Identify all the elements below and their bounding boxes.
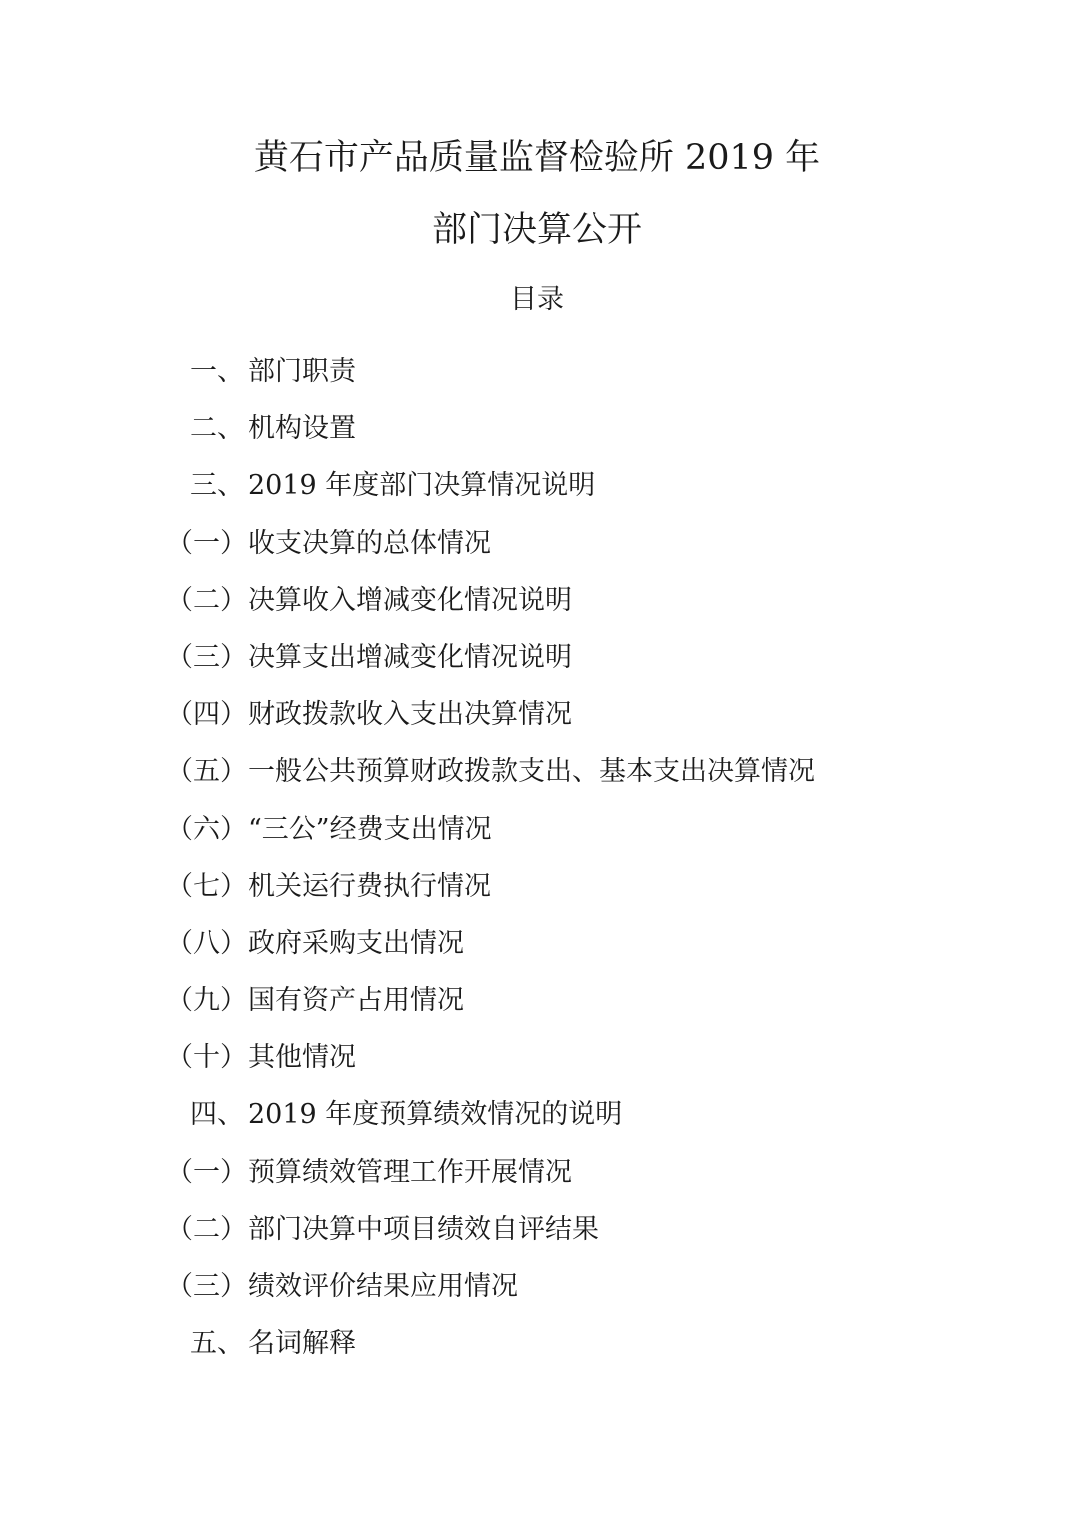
- toc-item-overall-revenue-expenditure: （一） 收支决算的总体情况: [0, 524, 1074, 581]
- toc-item-text: 收支决算的总体情况: [248, 524, 491, 564]
- toc-item-number: （七）: [166, 867, 247, 907]
- toc-item-final-accounts-explanation: 三、 2019 年度部门决算情况说明: [0, 466, 1074, 523]
- toc-item-text: 一般公共预算财政拨款支出、基本支出决算情况: [248, 752, 815, 792]
- toc-item-text: 2019 年度预算绩效情况的说明: [248, 1095, 622, 1135]
- toc-item-number: （五）: [166, 752, 247, 792]
- toc-item-state-assets: （九） 国有资产占用情况: [0, 981, 1074, 1038]
- toc-item-text: 国有资产占用情况: [248, 981, 464, 1021]
- toc-item-text: 其他情况: [248, 1038, 356, 1078]
- toc-item-text: 部门职责: [248, 352, 356, 392]
- toc-item-text: 财政拨款收入支出决算情况: [248, 695, 572, 735]
- toc-item-government-procurement: （八） 政府采购支出情况: [0, 924, 1074, 981]
- document-title: 黄石市产品质量监督检验所 2019 年: [0, 136, 1074, 180]
- toc-item-performance-explanation: 四、 2019 年度预算绩效情况的说明: [0, 1095, 1074, 1152]
- toc-item-number: （二）: [166, 1210, 247, 1250]
- toc-item-number: 四、: [190, 1095, 244, 1135]
- toc-item-glossary: 五、 名词解释: [0, 1324, 1074, 1381]
- toc-item-text: 决算收入增减变化情况说明: [248, 581, 572, 621]
- toc-item-number: 五、: [190, 1324, 244, 1364]
- toc-item-text: 绩效评价结果应用情况: [248, 1267, 518, 1307]
- toc-heading: 目录: [0, 282, 1074, 318]
- toc-item-fiscal-appropriation: （四） 财政拨款收入支出决算情况: [0, 695, 1074, 752]
- toc-item-number: （八）: [166, 924, 247, 964]
- toc-item-text: 2019 年度部门决算情况说明: [248, 466, 595, 506]
- toc-item-general-public-budget: （五） 一般公共预算财政拨款支出、基本支出决算情况: [0, 752, 1074, 809]
- toc-item-text: “三公”经费支出情况: [248, 810, 492, 850]
- toc-item-other: （十） 其他情况: [0, 1038, 1074, 1095]
- toc-item-self-evaluation: （二） 部门决算中项目绩效自评结果: [0, 1210, 1074, 1267]
- toc-item-evaluation-application: （三） 绩效评价结果应用情况: [0, 1267, 1074, 1324]
- toc-item-text: 决算支出增减变化情况说明: [248, 638, 572, 678]
- toc-item-revenue-changes: （二） 决算收入增减变化情况说明: [0, 581, 1074, 638]
- toc-item-organization: 二、 机构设置: [0, 409, 1074, 466]
- toc-item-text: 机构设置: [248, 409, 356, 449]
- table-of-contents: 一、 部门职责 二、 机构设置 三、 2019 年度部门决算情况说明 （一） 收…: [0, 352, 1074, 1381]
- toc-item-text: 预算绩效管理工作开展情况: [248, 1153, 572, 1193]
- toc-item-number: （三）: [166, 638, 247, 678]
- document-subtitle: 部门决算公开: [0, 208, 1074, 252]
- toc-item-text: 机关运行费执行情况: [248, 867, 491, 907]
- toc-item-number: （六）: [166, 810, 247, 850]
- toc-item-text: 部门决算中项目绩效自评结果: [248, 1210, 599, 1250]
- toc-item-number: 一、: [190, 352, 244, 392]
- toc-item-number: （二）: [166, 581, 247, 621]
- document-page: 黄石市产品质量监督检验所 2019 年 部门决算公开 目录 一、 部门职责 二、…: [0, 0, 1074, 1520]
- toc-item-number: （四）: [166, 695, 247, 735]
- toc-item-number: （九）: [166, 981, 247, 1021]
- toc-item-expenditure-changes: （三） 决算支出增减变化情况说明: [0, 638, 1074, 695]
- toc-item-number: （一）: [166, 1153, 247, 1193]
- toc-item-operating-expenses: （七） 机关运行费执行情况: [0, 867, 1074, 924]
- toc-item-text: 名词解释: [248, 1324, 356, 1364]
- toc-item-three-public-expenses: （六） “三公”经费支出情况: [0, 810, 1074, 867]
- toc-item-text: 政府采购支出情况: [248, 924, 464, 964]
- toc-item-number: （一）: [166, 524, 247, 564]
- toc-item-number: 三、: [190, 466, 244, 506]
- toc-item-department-duties: 一、 部门职责: [0, 352, 1074, 409]
- toc-item-number: 二、: [190, 409, 244, 449]
- toc-item-performance-management: （一） 预算绩效管理工作开展情况: [0, 1153, 1074, 1210]
- toc-item-number: （十）: [166, 1038, 247, 1078]
- toc-item-number: （三）: [166, 1267, 247, 1307]
